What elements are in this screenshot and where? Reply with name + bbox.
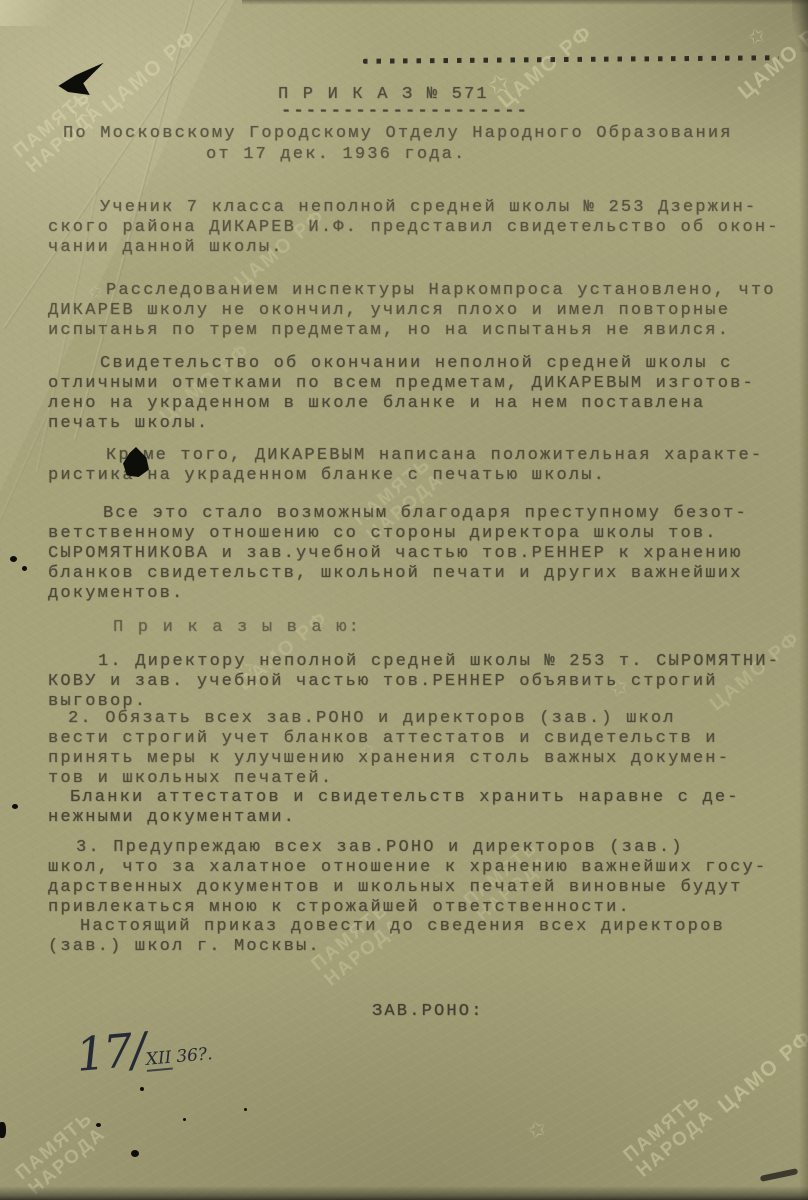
document-line: печать школы. bbox=[48, 414, 209, 434]
paper-corner-shadow bbox=[792, 0, 808, 52]
paper-damage-mark bbox=[10, 556, 17, 562]
document-line: 1. Директору неполной средней школы № 25… bbox=[98, 652, 780, 672]
document-line: отличными отметками по всем предметам, Д… bbox=[48, 374, 755, 394]
document-line: Настоящий приказ довести до сведения все… bbox=[80, 917, 725, 937]
document-line: Все это стало возможным благодаря престу… bbox=[103, 504, 748, 524]
paper-damage-mark bbox=[96, 1123, 101, 1127]
document-line: П р и к а з ы в а ю: bbox=[113, 618, 361, 638]
document-line: 3. Предупреждаю всех зав.РОНО и директор… bbox=[76, 838, 684, 858]
document-line: вести строгий учет бланков аттестатов и … bbox=[48, 729, 718, 749]
document-line: СЫРОМЯТНИКОВА и зав.учебной частью тов.Р… bbox=[48, 544, 743, 564]
document-line: ДИКАРЕВ школу не окончил, учился плохо и… bbox=[48, 301, 730, 321]
paper-edge-shadow-bottom bbox=[0, 1186, 808, 1200]
document-line: Ученик 7 класса неполной средней школы №… bbox=[100, 198, 757, 218]
paper-corner-highlight bbox=[0, 0, 70, 26]
signature-label: ЗАВ.РОНО: bbox=[372, 1002, 484, 1022]
document-line: Кроме того, ДИКАРЕВЫМ написана положител… bbox=[106, 446, 763, 466]
handwritten-date-month: XII bbox=[145, 1048, 172, 1072]
order-title-underline: -------------------- bbox=[281, 102, 529, 122]
scanned-document-page: ЦАМО РФПАМЯТЬНАРОДАЦАМО РФЦАМО РФЦАМО РФ… bbox=[0, 0, 808, 1200]
paper-edge-shadow-top bbox=[242, 0, 808, 5]
paper-damage-mark bbox=[140, 1087, 144, 1091]
issuer-line: По Московскому Городскому Отделу Народно… bbox=[63, 124, 733, 144]
paper-edge-shadow-right bbox=[799, 0, 808, 1200]
document-line: бланков свидетельств, школьной печати и … bbox=[48, 564, 743, 584]
paper-damage-mark bbox=[22, 566, 27, 571]
date-line: от 17 дек. 1936 года. bbox=[206, 145, 466, 165]
document-line: ветственному отношению со стороны директ… bbox=[48, 524, 718, 544]
document-line: ского района ДИКАРЕВ И.Ф. представил сви… bbox=[48, 218, 780, 238]
document-line: Бланки аттестатов и свидетельств хранить… bbox=[70, 788, 740, 808]
handwritten-date-year: 36?. bbox=[176, 1044, 214, 1067]
document-line: школ, что за халатное отношение к хранен… bbox=[48, 858, 767, 878]
paper-damage-mark bbox=[131, 1150, 139, 1157]
document-line: дарственных документов и школьных печате… bbox=[48, 878, 743, 898]
document-line: привлекаться мною к строжайшей ответстве… bbox=[48, 898, 631, 918]
paper-damage-mark bbox=[183, 1118, 186, 1121]
document-line: Расследованием инспектуры Наркомпроса ус… bbox=[106, 281, 776, 301]
document-line: тов и школьных печатей. bbox=[48, 769, 333, 789]
document-line: КОВУ и зав. учебной частью тов.РЕННЕР об… bbox=[48, 672, 718, 692]
document-line: лено на украденном в школе бланке и на н… bbox=[48, 394, 705, 414]
paper-damage-mark bbox=[0, 1122, 6, 1138]
document-line: принять меры к улучшению хранения столь … bbox=[48, 749, 730, 769]
document-line: Свидетельство об окончании неполной сред… bbox=[100, 354, 733, 374]
paper-damage-mark bbox=[244, 1108, 247, 1111]
document-line: испытанья по трем предметам, но на испыт… bbox=[48, 321, 730, 341]
paper-damage-mark bbox=[12, 804, 18, 809]
document-line: документов. bbox=[48, 584, 184, 604]
document-line: чании данной школы. bbox=[48, 238, 284, 258]
handwritten-date-day: 17/ bbox=[74, 1022, 146, 1082]
document-line: 2. Обязать всех зав.РОНО и директоров (з… bbox=[68, 709, 676, 729]
document-line: (зав.) школ г. Москвы. bbox=[48, 937, 321, 957]
document-line: нежными документами. bbox=[48, 808, 296, 828]
